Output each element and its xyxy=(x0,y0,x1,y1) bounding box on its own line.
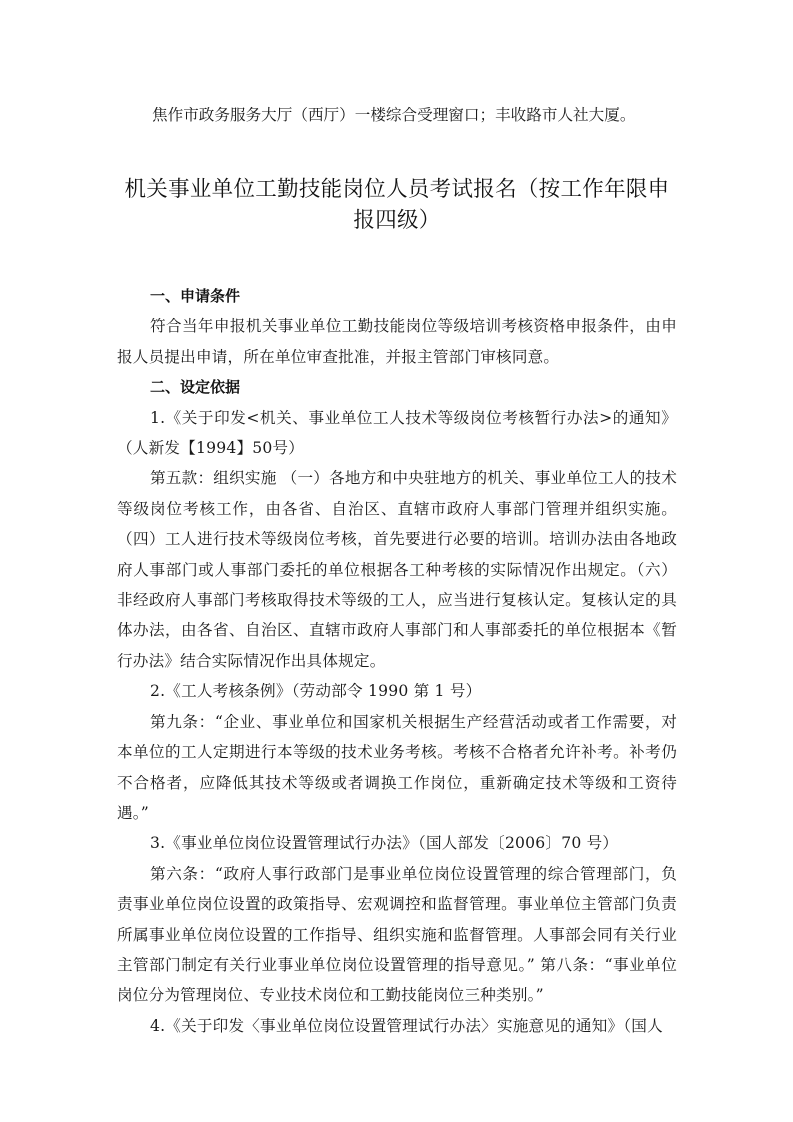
reference-item: 2.《工人考核条例》（劳动部令 1990 第 1 号） xyxy=(117,676,677,706)
paragraph: 第五款：组织实施 （一）各地方和中央驻地方的机关、事业单位工人的技术等级岗位考核… xyxy=(117,463,677,676)
section-legal-basis: 二、设定依据 1.《关于印发<机关、事业单位工人技术等级岗位考核暂行办法>的通知… xyxy=(117,372,677,1041)
reference-item: 1.《关于印发<机关、事业单位工人技术等级岗位考核暂行办法>的通知》（人新发【1… xyxy=(117,403,677,464)
paragraph: 第六条：“政府人事行政部门是事业单位岗位设置管理的综合管理部门，负责事业单位岗位… xyxy=(117,859,677,1011)
reference-item: 3.《事业单位岗位设置管理试行办法》（国人部发〔2006〕70 号） xyxy=(117,828,677,858)
reference-item: 4.《关于印发〈事业单位岗位设置管理试行办法〉实施意见的通知》（国人 xyxy=(117,1011,677,1041)
section-application-conditions: 一、申请条件 符合当年申报机关事业单位工勤技能岗位等级培训考核资格申报条件，由申… xyxy=(117,281,677,372)
document-page: 焦作市政务服务大厅（西厅）一楼综合受理窗口；丰收路市人社大厦。 机关事业单位工勤… xyxy=(117,100,677,1041)
document-title: 机关事业单位工勤技能岗位人员考试报名（按工作年限申报四级） xyxy=(117,174,677,236)
paragraph: 符合当年申报机关事业单位工勤技能岗位等级培训考核资格申报条件，由申报人员提出申请… xyxy=(117,311,677,372)
section-heading: 二、设定依据 xyxy=(117,372,677,402)
location-text: 焦作市政务服务大厅（西厅）一楼综合受理窗口；丰收路市人社大厦。 xyxy=(117,100,677,130)
section-heading: 一、申请条件 xyxy=(117,281,677,311)
paragraph: 第九条：“企业、事业单位和国家机关根据生产经营活动或者工作需要，对本单位的工人定… xyxy=(117,707,677,829)
